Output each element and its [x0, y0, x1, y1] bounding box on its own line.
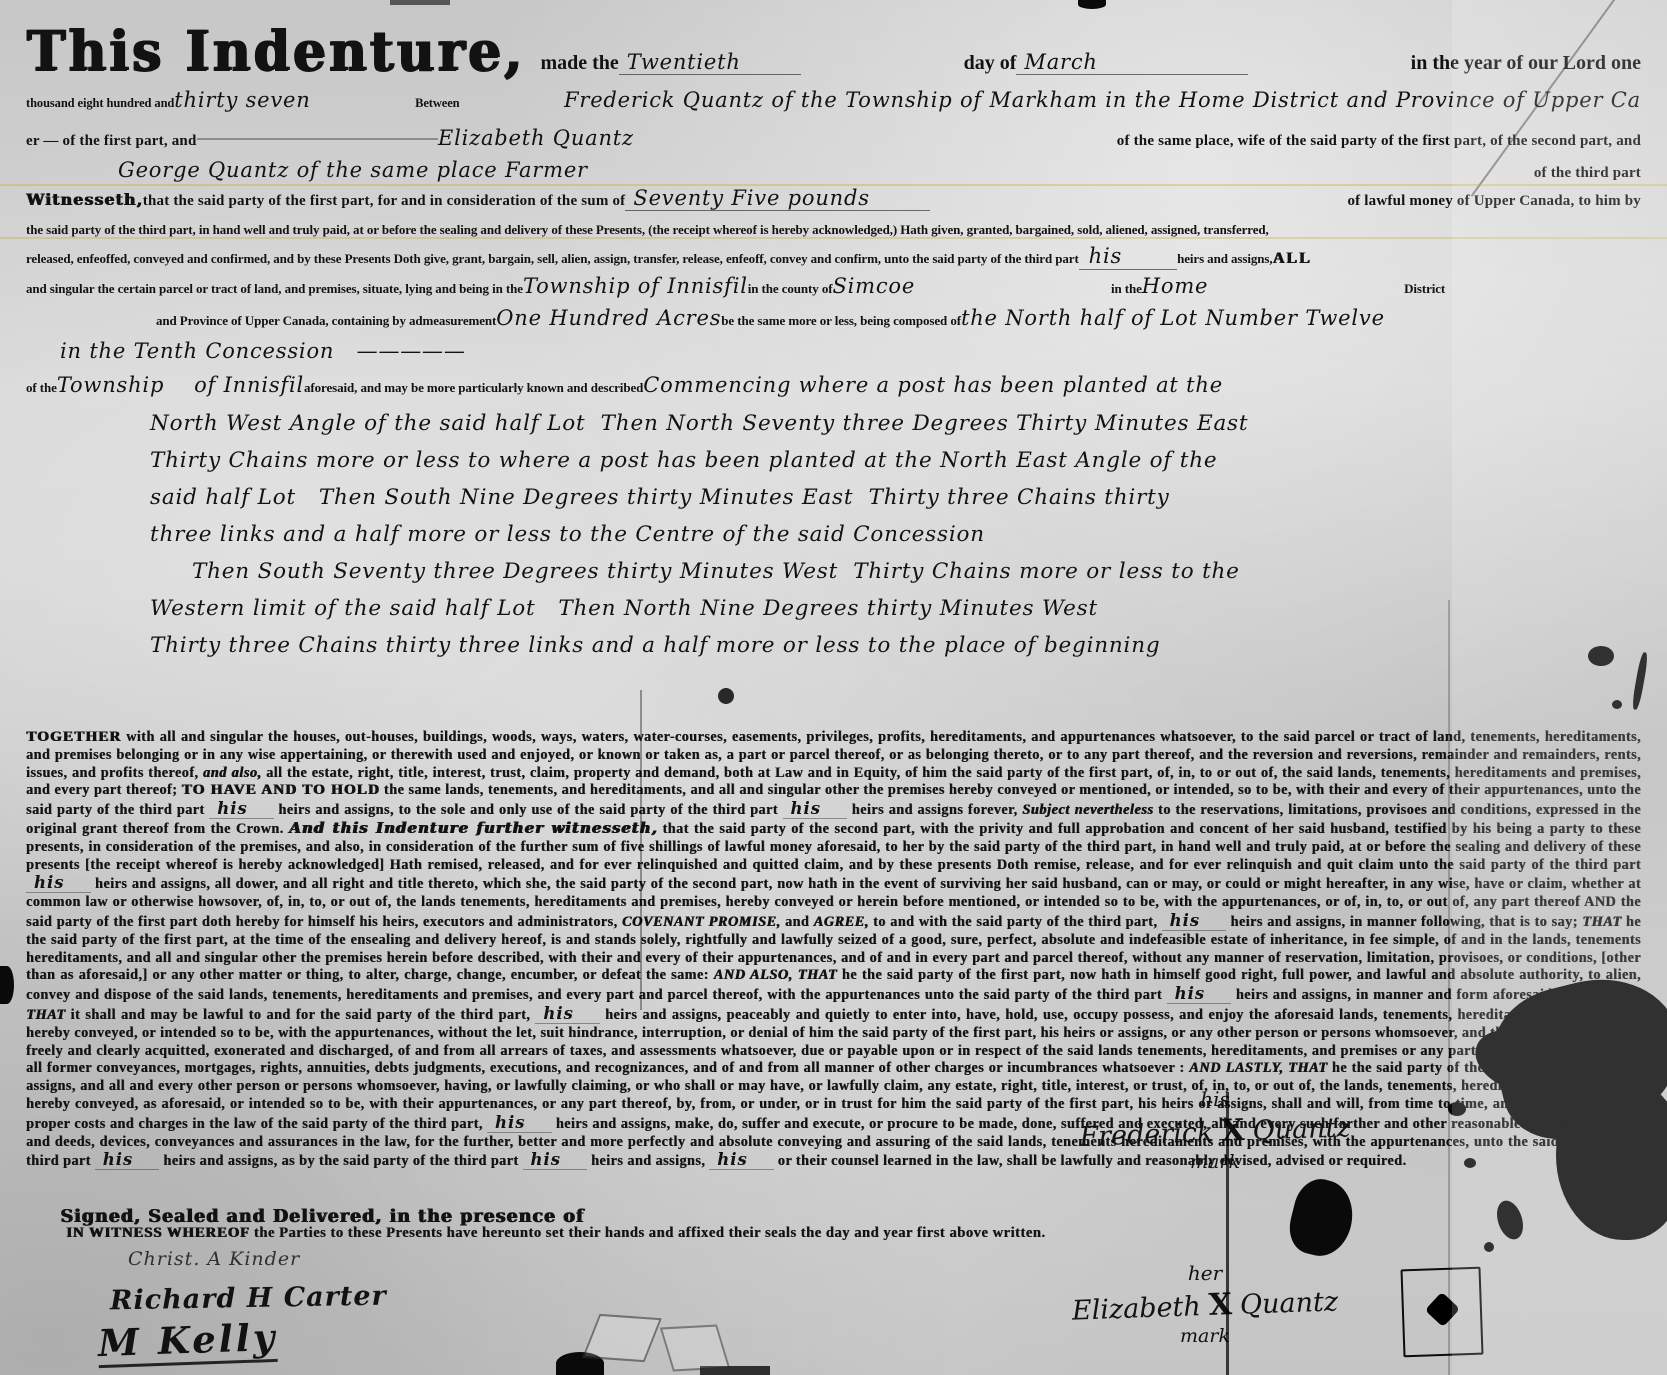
description-start: Commencing where a post has been planted… — [643, 369, 1223, 401]
text-segment: the Parties to these Presents have hereu… — [250, 1225, 1046, 1241]
text-segment: and Province of Upper Canada, containing… — [156, 306, 496, 336]
ink-spot — [1612, 700, 1622, 709]
elizabeth-name-row: ElizabethXQuantz — [1034, 1278, 1375, 1335]
text-segment: his — [535, 1004, 600, 1024]
text-segment: in the year of our Lord one — [1411, 52, 1641, 75]
text-segment: TO HAVE AND TO HOLD — [181, 782, 379, 798]
metes-line: Thirty Chains more or less to where a po… — [150, 443, 1667, 480]
seal-square — [1400, 1267, 1483, 1358]
acreage-entry: One Hundred Acres — [496, 303, 721, 333]
deed-line-parties-3: George Quantz of the same place Farmerof… — [0, 158, 1667, 182]
seal-dot — [1424, 1292, 1459, 1327]
deed-line-title: This Indenture, made the Twentiethday of… — [0, 22, 1667, 82]
text-segment: AND LASTLY, THAT — [1189, 1060, 1327, 1076]
signed-sealed-delivered-line: Signed, Sealed and Delivered, in the pre… — [60, 1207, 584, 1227]
text-segment: THAT — [1582, 914, 1621, 930]
consideration-entry: Seventy Five pounds — [625, 186, 929, 211]
text-segment: said half Lot Then South Nine Degrees th… — [150, 485, 1170, 510]
text-segment: made the — [540, 52, 618, 75]
text-segment: Western limit of the said half Lot Then … — [150, 596, 1098, 621]
deed-line-description: of the Township of Innisfil aforesaid, a… — [0, 369, 1667, 404]
metes-line: said half Lot Then South Nine Degrees th… — [150, 480, 1667, 517]
text-segment: and — [781, 914, 814, 930]
concession-entry: in the Tenth Concession ————— — [60, 339, 466, 363]
edge-mark — [0, 966, 14, 1004]
county-entry: Simcoe — [832, 272, 915, 300]
text-segment: that the said party of the first part, f… — [143, 193, 626, 210]
deed-line-grant: released, enfeoffed, conveyed and confir… — [0, 243, 1667, 272]
year-entry: thirty seven — [174, 88, 310, 112]
second-party-entry: Elizabeth Quantz — [438, 126, 634, 150]
text-segment: And this Indenture further witnesseth, — [289, 819, 658, 837]
deed-line-consideration: the said party of the third part, in han… — [0, 217, 1667, 243]
witness-signature-3: M Kelly — [97, 1315, 278, 1368]
heirs-entry: his — [1079, 243, 1177, 270]
text-segment: Witnesseth, — [26, 190, 143, 209]
ink-spot — [1484, 1242, 1494, 1252]
text-segment: AGREE, — [814, 914, 869, 930]
top-edge-mark — [390, 0, 450, 5]
metes-and-bounds: North West Angle of the said half Lot Th… — [150, 406, 1667, 665]
first-party-entry: Frederick Quantz of the Township of Mark… — [564, 88, 1641, 112]
third-party-entry: George Quantz of the same place Farmer — [118, 158, 588, 182]
ink-spot — [1448, 1102, 1466, 1116]
text-segment: be the same more or less, being composed… — [721, 306, 961, 336]
document-title: This Indenture, — [26, 20, 524, 84]
frederick-name-row: FrederickXQuantz — [1049, 1104, 1380, 1160]
scanned-indenture-document: This Indenture, made the Twentiethday of… — [0, 0, 1667, 1375]
text-segment: his — [26, 873, 91, 893]
deed-line-parties-2: er — of the first part, andElizabeth Qua… — [0, 126, 1667, 150]
text-segment: Subject nevertheless — [1022, 802, 1153, 818]
ink-spot — [1588, 646, 1614, 666]
text-segment: Then South Seventy three Degrees thirty … — [192, 559, 1240, 584]
fold-corner-outline — [660, 1325, 730, 1372]
text-segment: in the county of — [748, 275, 833, 303]
text-segment: his — [783, 799, 848, 819]
text-segment: heirs and assigns, — [587, 1153, 709, 1169]
text-segment: his — [709, 1150, 774, 1170]
deed-line-acreage: and Province of Upper Canada, containing… — [0, 303, 1667, 336]
deed-line-witnesseth: Witnesseth, that the said party of the f… — [0, 186, 1667, 211]
signature-elizabeth-quantz: her ElizabethXQuantz mark — [1035, 1262, 1375, 1343]
text-segment: aforesaid, and may be more particularly … — [304, 372, 643, 404]
text-segment: released, enfeoffed, conveyed and confir… — [26, 246, 1079, 272]
deed-line-location: and singular the certain parcel or tract… — [0, 272, 1667, 303]
deed-header: This Indenture, made the Twentiethday of… — [0, 0, 1667, 404]
metes-line: Then South Seventy three Degrees thirty … — [150, 554, 1667, 591]
text-segment: heirs and assigns, as by the said party … — [159, 1153, 522, 1169]
text-segment: Between — [415, 96, 459, 111]
text-segment: ALL — [1272, 246, 1311, 272]
text-segment: heirs and assigns forever, — [847, 802, 1022, 818]
metes-line: Western limit of the said half Lot Then … — [150, 591, 1667, 628]
metes-line: Thirty three Chains thirty three links a… — [150, 628, 1667, 665]
day-entry: Twentieth — [619, 50, 801, 75]
bottom-edge-mark — [700, 1366, 770, 1375]
metes-line: North West Angle of the said half Lot Th… — [150, 406, 1667, 443]
text-segment: and also, — [203, 765, 262, 781]
text-segment: of the — [26, 372, 57, 404]
text-segment: his — [95, 1150, 160, 1170]
text-segment: of lawful money of Upper Canada, to him … — [1347, 193, 1641, 210]
habendum-covenants-paragraph: TOGETHER with all and singular the house… — [0, 729, 1667, 1221]
text-segment: three links and a half more or less to t… — [150, 522, 985, 547]
text-segment: COVENANT PROMISE, — [622, 914, 781, 930]
text-segment: his — [523, 1150, 588, 1170]
text-segment: IN WITNESS WHEREOF — [66, 1225, 250, 1241]
text-segment: his — [209, 799, 274, 819]
text-segment: his — [1167, 984, 1232, 1004]
text-segment: heirs and assigns, to the sole and only … — [274, 802, 783, 818]
lot-entry: the North half of Lot Number Twelve — [961, 303, 1385, 333]
district-entry: Home — [1142, 272, 1209, 300]
township-entry-2: Township of Innisfil — [57, 369, 304, 401]
text-segment: Thirty Chains more or less to where a po… — [150, 448, 1217, 473]
witness-signature-2: Richard H Carter — [110, 1281, 387, 1317]
month-entry: March — [1016, 50, 1247, 75]
text-segment: day of — [964, 52, 1017, 75]
text-segment: AND ALSO, THAT — [714, 967, 837, 983]
text-segment: heirs and assigns, in manner and form af… — [1231, 987, 1562, 1003]
text-segment: thousand eight hundred and — [26, 96, 174, 111]
ink-spot — [718, 688, 734, 704]
x-mark: X — [1200, 1287, 1240, 1323]
text-segment: his — [1162, 911, 1227, 931]
top-edge-mark — [1078, 0, 1106, 9]
text-segment: District — [1404, 275, 1445, 303]
text-segment — [197, 138, 438, 140]
text-segment: and singular the certain parcel or tract… — [26, 275, 523, 303]
text-segment: Thirty three Chains thirty three links a… — [150, 633, 1160, 658]
ink-spot — [1464, 1158, 1476, 1168]
text-segment: North West Angle of the said half Lot Th… — [150, 411, 1248, 436]
text-segment: heirs and assigns, — [1177, 246, 1272, 272]
text-segment: TOGETHER — [26, 729, 121, 745]
text-segment: in the — [1111, 275, 1142, 303]
text-segment: er — of the first part, and — [26, 133, 197, 150]
text-segment: to and with the said party of the third … — [869, 914, 1162, 930]
witness-signature-1: Christ. A Kinder — [128, 1248, 300, 1270]
text-segment: the said party of the third part, in han… — [26, 222, 1269, 237]
text-segment: heirs and assigns, in manner following, … — [1226, 914, 1582, 930]
text-segment: it shall and may be lawful to and for th… — [65, 1007, 535, 1023]
text-segment: of the same place, wife of the said part… — [1117, 133, 1641, 150]
bottom-edge-mark — [556, 1352, 604, 1375]
metes-line: three links and a half more or less to t… — [150, 517, 1667, 554]
signature-frederick-quantz: his FrederickXQuantz mark — [1050, 1088, 1380, 1169]
township-entry: Township of Innisfil — [523, 272, 748, 300]
deed-line-parties-1: thousand eight hundred and thirty sevenB… — [0, 88, 1667, 112]
text-segment: his — [487, 1113, 552, 1133]
text-segment: of the third part — [1534, 165, 1641, 182]
deed-line-concession: in the Tenth Concession ————— — [0, 336, 1667, 369]
x-mark: X — [1213, 1113, 1253, 1149]
